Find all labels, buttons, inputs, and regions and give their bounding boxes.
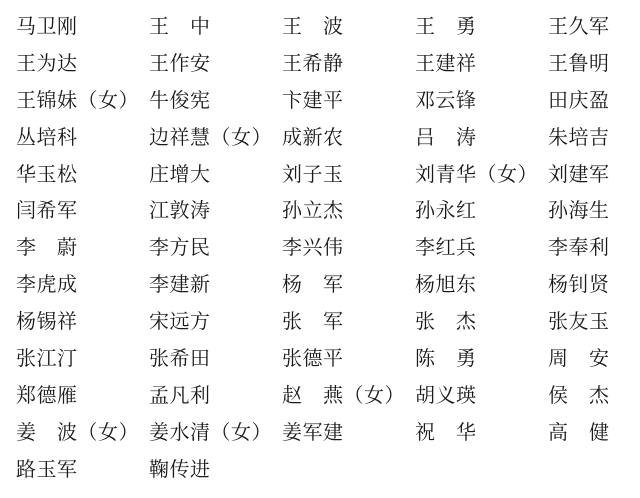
name-entry: 姜军建	[282, 414, 344, 450]
name-entry: 侯 杰	[548, 377, 610, 413]
name-entry: 孙立杰	[282, 192, 344, 228]
name-row: 马卫刚 王 中 王 波 王 勇 王久军	[16, 8, 640, 45]
name-entry: 路玉军	[16, 451, 78, 487]
name-entry: 闫希军	[16, 192, 78, 228]
name-row: 丛培科 边祥慧（女） 成新农 吕 涛 朱培吉	[16, 119, 640, 156]
name-entry: 李建新	[149, 266, 211, 302]
name-entry: 杨 军	[282, 266, 344, 302]
name-entry: 李红兵	[415, 229, 477, 265]
name-list: 马卫刚 王 中 王 波 王 勇 王久军 王为达 王作安 王希静 王建祥 王鲁明 …	[16, 8, 640, 488]
name-entry: 王作安	[149, 45, 211, 81]
name-entry: 王鲁明	[548, 45, 610, 81]
name-row: 王为达 王作安 王希静 王建祥 王鲁明	[16, 45, 640, 82]
name-entry: 张 杰	[415, 303, 477, 339]
name-entry: 王为达	[16, 45, 78, 81]
name-entry: 宋远方	[149, 303, 211, 339]
name-entry: 杨锡祥	[16, 303, 78, 339]
name-entry: 李虎成	[16, 266, 78, 302]
name-entry: 华玉松	[16, 156, 78, 192]
name-entry: 祝 华	[415, 414, 477, 450]
name-entry: 王 勇	[415, 8, 477, 44]
name-entry: 孙永红	[415, 192, 477, 228]
name-entry: 张友玉	[548, 303, 610, 339]
name-row: 闫希军 江敦涛 孙立杰 孙永红 孙海生	[16, 192, 640, 229]
name-row: 路玉军 鞠传进	[16, 451, 640, 488]
name-entry: 李兴伟	[282, 229, 344, 265]
name-entry: 王锦妹（女）	[16, 82, 139, 118]
name-entry: 朱培吉	[548, 119, 610, 155]
name-entry: 王 中	[149, 8, 211, 44]
name-entry: 丛培科	[16, 119, 78, 155]
name-row: 华玉松 庄增大 刘子玉 刘青华（女） 刘建军	[16, 156, 640, 193]
name-entry: 李 蔚	[16, 229, 78, 265]
name-entry: 庄增大	[149, 156, 211, 192]
name-entry: 王希静	[282, 45, 344, 81]
name-entry: 孙海生	[548, 192, 610, 228]
name-entry: 张希田	[149, 340, 211, 376]
name-row: 姜 波（女） 姜水清（女） 姜军建 祝 华 高 健	[16, 414, 640, 451]
name-row: 郑德雁 孟凡利 赵 燕（女） 胡义瑛 侯 杰	[16, 377, 640, 414]
name-entry: 江敦涛	[149, 192, 211, 228]
name-entry: 牛俊宪	[149, 82, 211, 118]
name-entry: 姜水清（女）	[149, 414, 272, 450]
name-entry: 赵 燕（女）	[282, 377, 405, 413]
name-entry: 成新农	[282, 119, 344, 155]
name-entry: 周 安	[548, 340, 610, 376]
name-entry: 郑德雁	[16, 377, 78, 413]
name-entry: 李奉利	[548, 229, 610, 265]
name-entry: 李方民	[149, 229, 211, 265]
name-entry: 卞建平	[282, 82, 344, 118]
name-entry: 刘建军	[548, 156, 610, 192]
name-entry: 王建祥	[415, 45, 477, 81]
name-entry: 王 波	[282, 8, 344, 44]
name-row: 李 蔚 李方民 李兴伟 李红兵 李奉利	[16, 229, 640, 266]
name-entry: 边祥慧（女）	[149, 119, 272, 155]
name-entry: 吕 涛	[415, 119, 477, 155]
name-row: 王锦妹（女） 牛俊宪 卞建平 邓云锋 田庆盈	[16, 82, 640, 119]
name-entry: 刘青华（女）	[415, 156, 538, 192]
name-entry: 姜 波（女）	[16, 414, 139, 450]
name-row: 杨锡祥 宋远方 张 军 张 杰 张友玉	[16, 303, 640, 340]
name-entry: 高 健	[548, 414, 610, 450]
name-entry: 田庆盈	[548, 82, 610, 118]
name-entry: 邓云锋	[415, 82, 477, 118]
name-entry: 马卫刚	[16, 8, 78, 44]
name-entry: 张江汀	[16, 340, 78, 376]
name-entry: 张 军	[282, 303, 344, 339]
name-entry: 孟凡利	[149, 377, 211, 413]
name-entry: 刘子玉	[282, 156, 344, 192]
name-row: 李虎成 李建新 杨 军 杨旭东 杨钊贤	[16, 266, 640, 303]
name-entry: 王久军	[548, 8, 610, 44]
name-entry: 鞠传进	[149, 451, 211, 487]
name-entry: 胡义瑛	[415, 377, 477, 413]
name-entry: 杨旭东	[415, 266, 477, 302]
name-entry: 张德平	[282, 340, 344, 376]
name-entry: 杨钊贤	[548, 266, 610, 302]
name-row: 张江汀 张希田 张德平 陈 勇 周 安	[16, 340, 640, 377]
name-entry: 陈 勇	[415, 340, 477, 376]
